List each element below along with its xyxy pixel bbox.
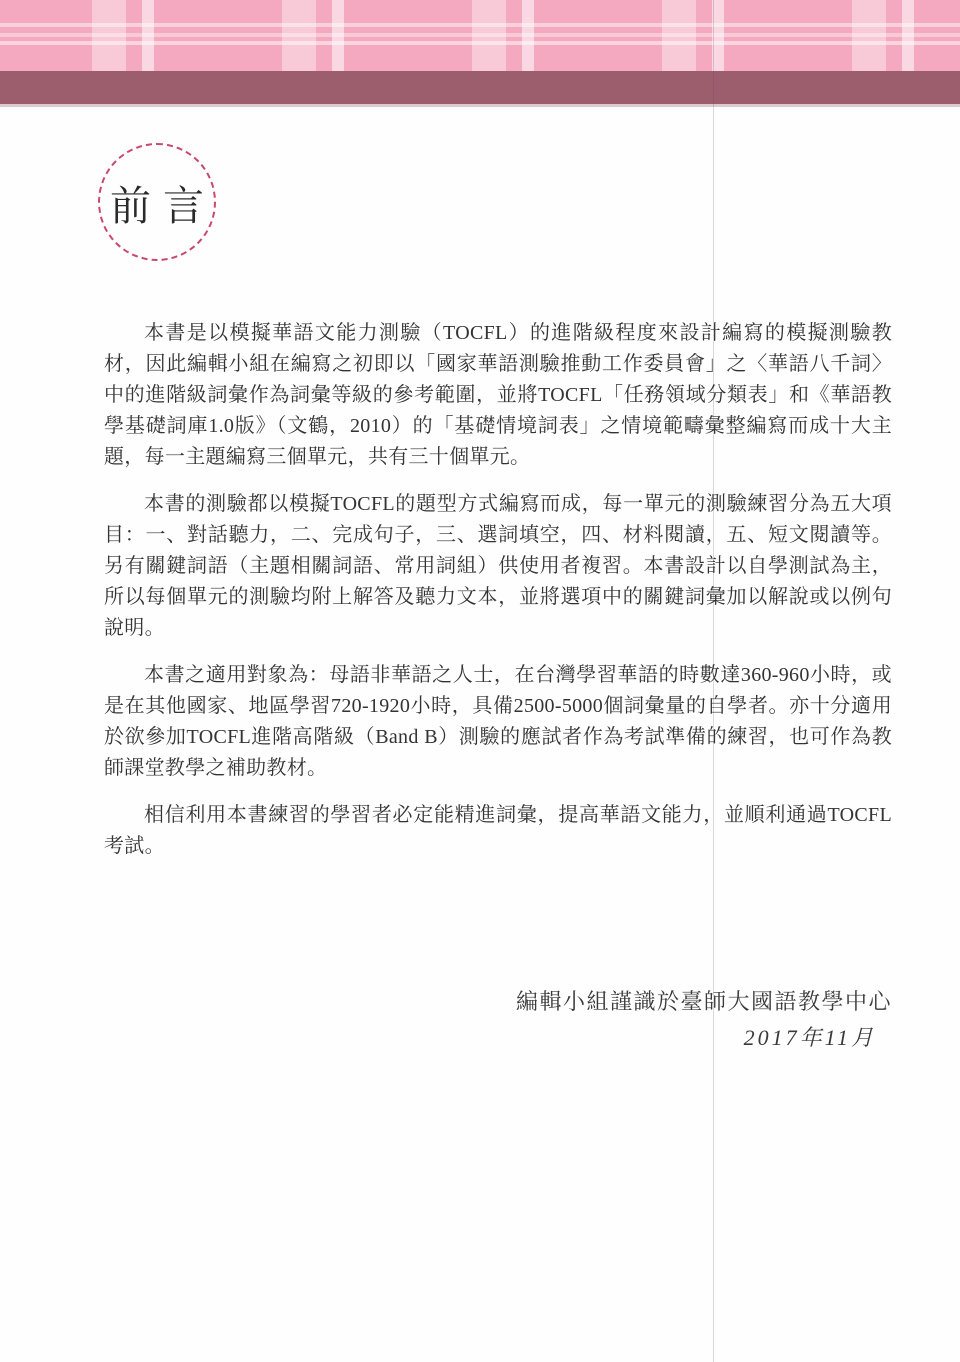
signature-block: 編輯小組謹識於臺師大國語教學中心 2017年11月 <box>104 984 892 1056</box>
page-title: 前言 <box>98 173 216 232</box>
preface-body: 本書是以模擬華語文能力測驗（TOCFL）的進階級程度來設計編寫的模擬測驗教材，因… <box>104 318 892 1056</box>
preface-paragraph: 本書是以模擬華語文能力測驗（TOCFL）的進階級程度來設計編寫的模擬測驗教材，因… <box>104 318 892 473</box>
top-maroon-band <box>0 71 960 107</box>
date-line: 2017年11月 <box>104 1020 892 1056</box>
preface-paragraph: 本書之適用對象為：母語非華語之人士，在台灣學習華語的時數達360-960小時，或… <box>104 660 892 784</box>
scan-fold-line <box>713 0 714 1362</box>
preface-paragraph: 本書的測驗都以模擬TOCFL的題型方式編寫而成，每一單元的測驗練習分為五大項目：… <box>104 489 892 644</box>
preface-title-circle: 前言 <box>98 143 216 261</box>
top-plaid-band <box>0 0 960 71</box>
scanned-preface-page: 前言 本書是以模擬華語文能力測驗（TOCFL）的進階級程度來設計編寫的模擬測驗教… <box>0 0 960 1362</box>
signature-line: 編輯小組謹識於臺師大國語教學中心 <box>104 984 892 1020</box>
preface-paragraph: 相信利用本書練習的學習者必定能精進詞彙，提高華語文能力，並順利通過TOCFL考試… <box>104 800 892 862</box>
preface-paragraphs: 本書是以模擬華語文能力測驗（TOCFL）的進階級程度來設計編寫的模擬測驗教材，因… <box>104 318 892 862</box>
